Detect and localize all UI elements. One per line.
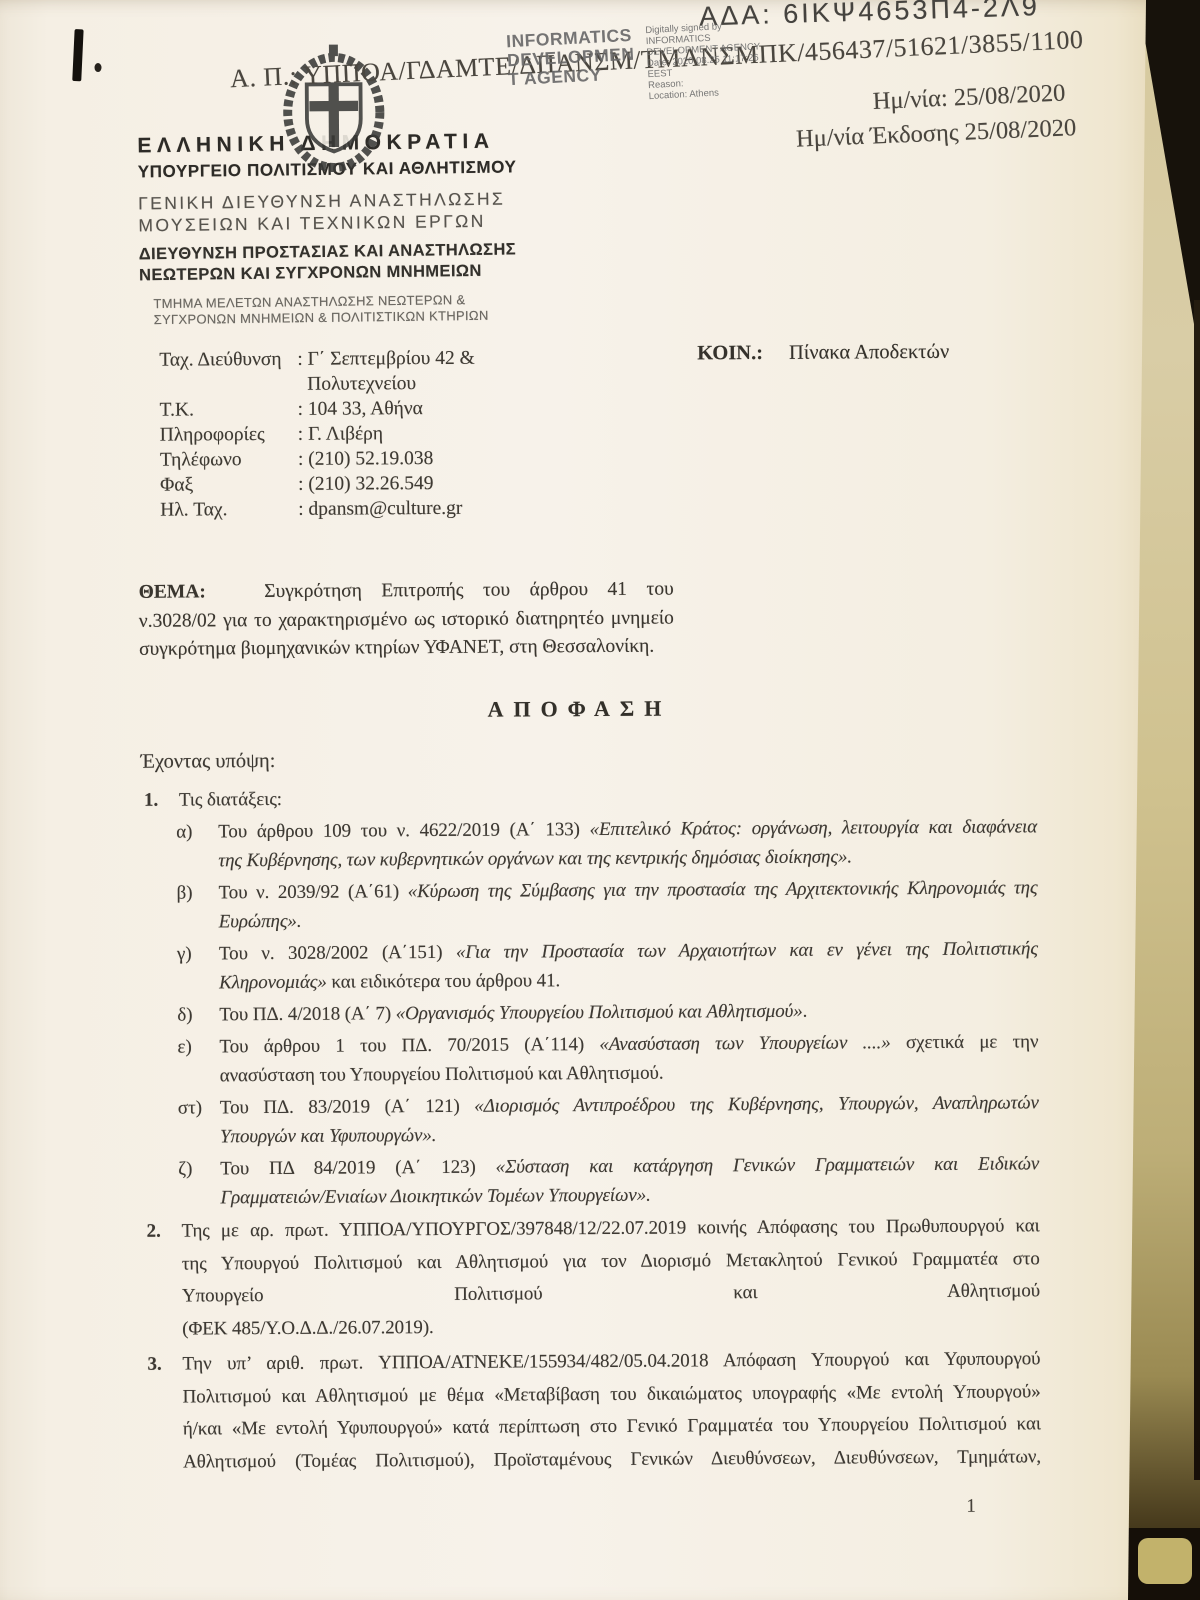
contact-row: Ταχ. Διεύθυνση: Γ΄ Σεπτεμβρίου 42 &: [159, 346, 504, 373]
text-segment: «Οργανισμός Υπουργείου Πολιτισμού και Αθ…: [396, 1001, 803, 1024]
text-segment: και ειδικότερα του άρθρου 41.: [327, 970, 560, 992]
contact-row: Πληροφορίες: Γ. Λιβέρη: [160, 421, 505, 448]
text-segment: Του ν. 3028/2002 (Α΄151): [219, 942, 456, 964]
subject-block: ΘΕΜΑ: Συγκρότηση Επιτροπής του άρθρου 41…: [139, 576, 675, 665]
text-segment: Πολιτισμού και Αθλητισμού με θέμα «Μεταβ…: [183, 1381, 1041, 1407]
list-item: α)Του άρθρου 109 του ν. 4622/2019 (Α΄ 13…: [140, 812, 1037, 875]
list-item: β)Του ν. 2039/92 (Α΄61) «Κύρωση της Σύμβ…: [140, 873, 1037, 936]
text-line: (ΦΕΚ 485/Υ.Ο.Δ.Δ./26.07.2019).: [182, 1308, 1040, 1346]
contact-row: Ηλ. Ταχ.: dpansm@culture.gr: [160, 496, 505, 523]
recipients-value: Πίνακα Αποδεκτών: [789, 341, 949, 365]
text-segment: Ευρώπης».: [219, 911, 302, 933]
contact-label: Ηλ. Ταχ.: [160, 497, 298, 523]
item-body: Της με αρ. πρωτ. ΥΠΠΟΑ/ΥΠΟΥΡΓΟΣ/397848/1…: [182, 1210, 1041, 1345]
item-body: Την υπ’ αριθ. πρωτ. ΥΠΠΟΑ/ΑΤΝΕΚΕ/155934/…: [182, 1343, 1041, 1478]
list-item: 1.Τις διατάξεις:: [140, 780, 1037, 814]
text-segment: Του ΠΔ 84/2019 (Α΄ 123): [220, 1157, 496, 1180]
item-marker: ε): [177, 1032, 219, 1090]
recipients-label: ΚΟΙΝ.:: [697, 342, 763, 365]
contact-label: Τηλέφωνο: [160, 447, 298, 473]
text-segment: «Ανασύσταση των Υπουργείων ....»: [599, 1032, 890, 1055]
item-marker: δ): [177, 1000, 219, 1029]
text-segment: Γραμματειών/Ενιαίων Διοικητικών Τομέων Υ…: [220, 1185, 650, 1209]
list-item: δ)Του ΠΔ. 4/2018 (Α΄ 7) «Οργανισμός Υπου…: [141, 995, 1038, 1029]
text-segment: σχετικά με την: [891, 1031, 1039, 1053]
text-line: Αθλητισμού (Τομέας Πολιτισμού), Προϊσταμ…: [183, 1441, 1041, 1479]
directorate-line2: ΝΕΩΤΕΡΩΝ ΚΑΙ ΣΥΓΧΡΟΝΩΝ ΜΝΗΜΕΙΩΝ: [139, 260, 579, 287]
stamp-agency-line: T AGENCY: [508, 64, 636, 90]
contact-details: Ταχ. Διεύθυνση: Γ΄ Σεπτεμβρίου 42 & Πολυ…: [159, 346, 505, 523]
item-marker: α): [176, 817, 218, 875]
text-line: της Κυβέρνησης, των κυβερνητικών οργάνων…: [218, 841, 1037, 875]
text-line: Τις διατάξεις:: [179, 780, 1037, 814]
subject-line: ΘΕΜΑ: Συγκρότηση Επιτροπής του άρθρου 41…: [139, 576, 674, 608]
text-line: Του ν. 3028/2002 (Α΄151) «Για την Προστα…: [219, 934, 1038, 968]
text-segment: Αθλητισμού (Τομέας Πολιτισμού), Προϊσταμ…: [183, 1446, 1041, 1472]
item-marker: β): [176, 878, 218, 936]
text-segment: «Επιτελικό Κράτος: οργάνωση, λειτουργία …: [589, 816, 1037, 840]
contact-row: Τηλέφωνο: (210) 52.19.038: [160, 446, 505, 473]
document-page: ΑΔΑ: 6ΙΚΨ4653Π4-2Λ9 Α. Π.: ΥΠΠΟΑ/ΓΔΑΜΤΕ/…: [0, 0, 1200, 1600]
contact-value: Πολυτεχνείου: [297, 371, 416, 397]
text-segment: Του άρθρου 1 του ΠΔ. 70/2015 (Α΄114): [219, 1034, 599, 1057]
subject-label: ΘΕΜΑ:: [139, 581, 265, 603]
text-segment: (ΦΕΚ 485/Υ.Ο.Δ.Δ./26.07.2019).: [182, 1317, 434, 1340]
text-line: Του ν. 2039/92 (Α΄61) «Κύρωση της Σύμβασ…: [218, 873, 1037, 907]
scanned-document: { "colors":{"backdrop":"#1b140b","page":…: [0, 0, 1200, 1600]
subject-line: συγκρότημα βιομηχανικών κτηρίων ΥΦΑΝΕΤ, …: [139, 633, 674, 665]
stamp-agency-text: INFORMATICSDEVELOPMENT AGENCY: [506, 26, 637, 109]
text-line: Της με αρ. πρωτ. ΥΠΠΟΑ/ΥΠΟΥΡΓΟΣ/397848/1…: [182, 1210, 1040, 1248]
text-segment: Του ΠΔ. 83/2019 (Α΄ 121): [220, 1096, 475, 1119]
text-line: Ευρώπης».: [219, 902, 1038, 936]
item-body: Τις διατάξεις:: [179, 780, 1037, 814]
decision-heading: ΑΠΟΦΑΣΗ: [139, 693, 1019, 724]
preamble: Έχοντας υπόψη:: [141, 750, 276, 774]
item-marker: γ): [177, 939, 219, 997]
text-segment: ή/και «Με εντολή Υφυπουργού» κατά περίπτ…: [183, 1413, 1041, 1439]
text-line: Πολιτισμού και Αθλητισμού με θέμα «Μεταβ…: [183, 1376, 1041, 1414]
text-segment: ανασύσταση του Υπουργείου Πολιτισμού και…: [220, 1063, 664, 1087]
text-line: ανασύσταση του Υπουργείου Πολιτισμού και…: [220, 1056, 1039, 1090]
contact-value: : dpansm@culture.gr: [298, 496, 462, 522]
contact-value: : (210) 32.26.549: [298, 471, 434, 497]
scanner-background-right: [1194, 300, 1200, 1480]
text-segment: Του ΠΔ. 4/2018 (Α΄ 7): [219, 1003, 396, 1025]
text-segment: Την υπ’ αριθ. πρωτ. ΥΠΠΟΑ/ΑΤΝΕΚΕ/155934/…: [182, 1348, 1040, 1374]
text-line: Κληρονομιάς» και ειδικότερα του άρθρου 4…: [219, 963, 1038, 997]
text-line: Του ΠΔ. 83/2019 (Α΄ 121) «Διορισμός Αντι…: [220, 1088, 1039, 1122]
item-body: Του ν. 3028/2002 (Α΄151) «Για την Προστα…: [219, 934, 1038, 997]
text-segment: «Κύρωση της Σύμβασης για την προστασία τ…: [408, 877, 1038, 902]
text-segment: Κληρονομιάς»: [219, 972, 327, 994]
digital-signature-stamp: INFORMATICSDEVELOPMENT AGENCY Digitally …: [506, 19, 763, 109]
text-segment: Του άρθρου 109 του ν. 4622/2019 (Α΄ 133): [218, 819, 589, 842]
decision-items: 1.Τις διατάξεις:α)Του άρθρου 109 του ν. …: [140, 780, 1041, 1481]
contact-value: : Γ΄ Σεπτεμβρίου 42 &: [297, 346, 475, 372]
contact-row: Φαξ: (210) 32.26.549: [160, 471, 505, 498]
contact-label: Πληροφορίες: [160, 422, 298, 448]
subject-line: ν.3028/02 για το χαρακτηρισμένο ως ιστορ…: [139, 604, 674, 636]
page-number: 1: [966, 1496, 976, 1518]
text-line: Γραμματειών/Ενιαίων Διοικητικών Τομέων Υ…: [220, 1178, 1039, 1212]
text-line: Υπουργών και Υφυπουργών».: [220, 1117, 1039, 1151]
text-segment: Της με αρ. πρωτ. ΥΠΠΟΑ/ΥΠΟΥΡΓΟΣ/397848/1…: [182, 1215, 1040, 1241]
stamp-signature-details: Digitally signed byINFORMATICSDEVELOPMEN…: [645, 19, 763, 102]
issue-date-line: Ημ/νία Έκδοσης 25/08/2020: [795, 114, 1076, 153]
contact-value: : (210) 52.19.038: [298, 446, 434, 472]
item-body: Του άρθρου 1 του ΠΔ. 70/2015 (Α΄114) «Αν…: [219, 1027, 1038, 1090]
text-segment: της Κυβέρνησης, των κυβερνητικών οργάνων…: [218, 846, 852, 871]
contact-label: Ταχ. Διεύθυνση: [159, 347, 297, 373]
text-line: ή/και «Με εντολή Υφυπουργού» κατά περίπτ…: [183, 1408, 1041, 1446]
text-line: Του ΠΔ. 4/2018 (Α΄ 7) «Οργανισμός Υπουργ…: [219, 995, 1038, 1029]
item-body: Του άρθρου 109 του ν. 4622/2019 (Α΄ 133)…: [218, 812, 1037, 875]
contact-label: [159, 372, 297, 398]
contact-row: Πολυτεχνείου: [159, 371, 504, 398]
contact-value: : 104 33, Αθήνα: [298, 396, 423, 422]
recipients-note: ΚΟΙΝ.: Πίνακα Αποδεκτών: [697, 341, 949, 366]
list-item: ε)Του άρθρου 1 του ΠΔ. 70/2015 (Α΄114) «…: [141, 1027, 1038, 1090]
contact-row: Τ.Κ.: 104 33, Αθήνα: [160, 396, 505, 423]
text-segment: .: [803, 1001, 808, 1022]
text-segment: «Για την Προστασία των Αρχαιοτήτων και ε…: [456, 938, 1038, 963]
item-marker: στ): [178, 1093, 220, 1151]
item-body: Του ΠΔ. 4/2018 (Α΄ 7) «Οργανισμός Υπουργ…: [219, 995, 1038, 1029]
general-directorate-line2: ΜΟΥΣΕΙΩΝ ΚΑΙ ΤΕΧΝΙΚΩΝ ΕΡΓΩΝ: [138, 209, 578, 237]
text-line: Την υπ’ αριθ. πρωτ. ΥΠΠΟΑ/ΑΤΝΕΚΕ/155934/…: [182, 1343, 1040, 1381]
text-line: Του άρθρου 109 του ν. 4622/2019 (Α΄ 133)…: [218, 812, 1037, 846]
text-segment: της Υπουργού Πολιτισμού και Αθλητισμού γ…: [182, 1248, 1040, 1274]
scan-artifact-dot: [94, 63, 101, 72]
binder-clip-shape: [1138, 1538, 1192, 1584]
date-line: Ημ/νία: 25/08/2020: [873, 79, 1067, 116]
item-body: Του ν. 2039/92 (Α΄61) «Κύρωση της Σύμβασ…: [218, 873, 1037, 936]
text-line: Του άρθρου 1 του ΠΔ. 70/2015 (Α΄114) «Αν…: [219, 1027, 1038, 1061]
scan-artifact-bracket: [72, 29, 83, 81]
list-item: ζ)Του ΠΔ 84/2019 (Α΄ 123) «Σύσταση και κ…: [142, 1149, 1039, 1212]
item-marker: ζ): [178, 1154, 220, 1212]
contact-label: Φαξ: [160, 472, 298, 498]
text-line: Του ΠΔ 84/2019 (Α΄ 123) «Σύσταση και κατ…: [220, 1149, 1039, 1183]
text-segment: Του ν. 2039/92 (Α΄61): [218, 881, 407, 903]
text-segment: Υπουργείο Πολιτισμού και Αθλητισμού: [182, 1280, 1040, 1306]
list-item: 3.Την υπ’ αριθ. πρωτ. ΥΠΠΟΑ/ΑΤΝΕΚΕ/15593…: [143, 1343, 1041, 1478]
item-marker: 3.: [143, 1349, 183, 1479]
item-body: Του ΠΔ 84/2019 (Α΄ 123) «Σύσταση και κατ…: [220, 1149, 1039, 1212]
text-segment: «Διορισμός Αντιπροέδρου της Κυβέρνησης, …: [474, 1092, 1039, 1116]
item-body: Του ΠΔ. 83/2019 (Α΄ 121) «Διορισμός Αντι…: [220, 1088, 1039, 1151]
item-marker: 2.: [143, 1216, 183, 1346]
text-segment: Υπουργών και Υφυπουργών».: [220, 1125, 436, 1147]
text-line: Υπουργείο Πολιτισμού και Αθλητισμού: [182, 1275, 1040, 1313]
list-item: στ)Του ΠΔ. 83/2019 (Α΄ 121) «Διορισμός Α…: [142, 1088, 1039, 1151]
item-marker: 1.: [140, 786, 179, 815]
text-segment: «Σύσταση και κατάργηση Γενικών Γραμματει…: [496, 1153, 1040, 1177]
list-item: γ)Του ν. 3028/2002 (Α΄151) «Για την Προσ…: [141, 934, 1038, 997]
text-line: της Υπουργού Πολιτισμού και Αθλητισμού γ…: [182, 1243, 1040, 1281]
list-item: 2.Της με αρ. πρωτ. ΥΠΠΟΑ/ΥΠΟΥΡΓΟΣ/397848…: [143, 1210, 1041, 1345]
contact-value: : Γ. Λιβέρη: [298, 421, 383, 447]
text-segment: Τις διατάξεις:: [179, 789, 282, 811]
contact-label: Τ.Κ.: [160, 397, 298, 423]
